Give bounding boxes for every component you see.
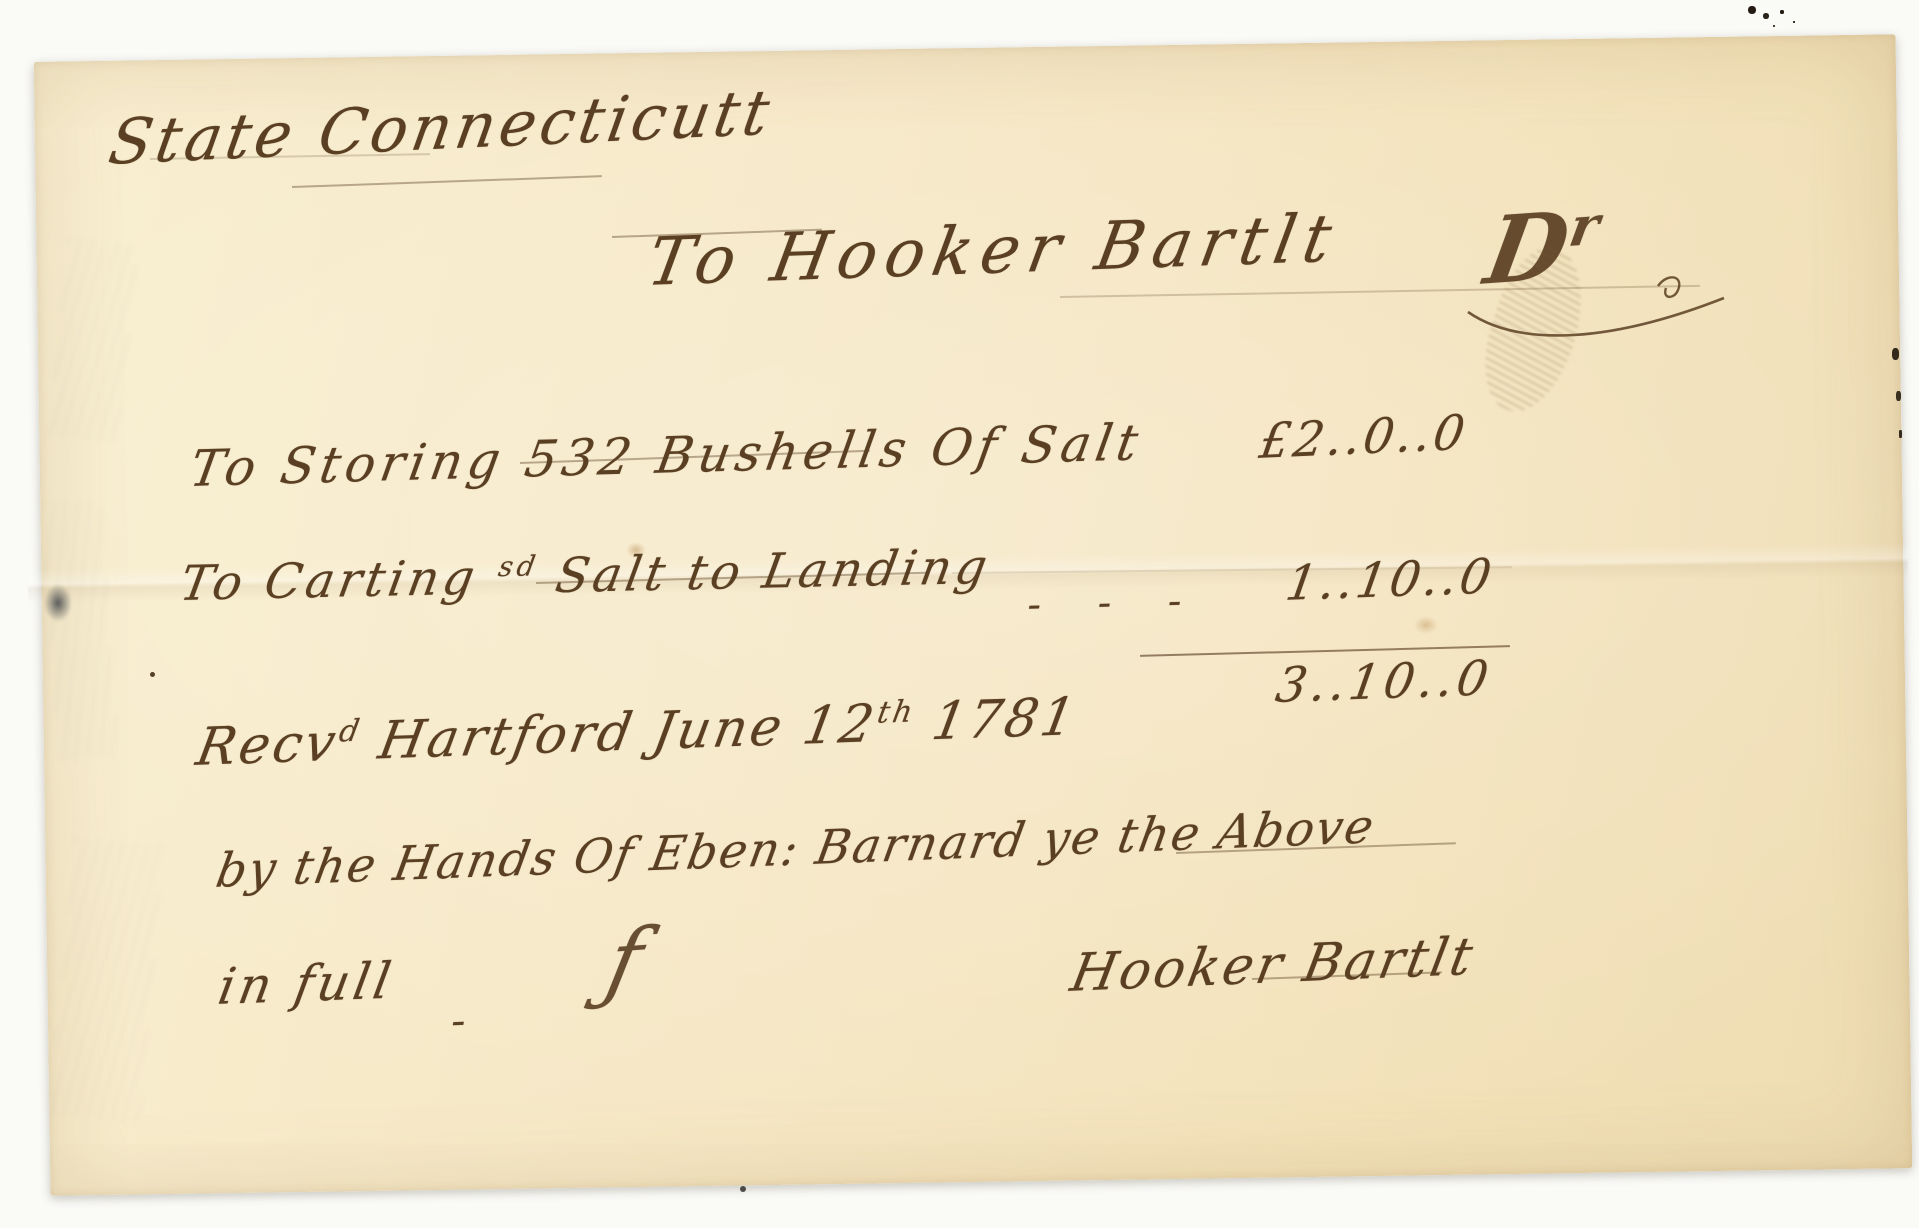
ink-dot — [740, 1186, 746, 1192]
charge-text: To Carting — [176, 549, 502, 612]
ink-speck-cluster — [1748, 6, 1756, 14]
charge-amount: £2..0..0 — [1256, 405, 1471, 470]
fill-dashes: - - - — [1027, 578, 1182, 628]
edge-ink-specks — [1892, 348, 1899, 360]
document-scan: State Connecticutt To Hooker Bartlt Dr T… — [0, 0, 1919, 1228]
charge-text: Salt to Landing — [532, 539, 995, 605]
charge-superscript: sd — [496, 549, 542, 583]
infull-dash: - — [450, 996, 466, 1045]
paper-sheet — [34, 34, 1913, 1195]
receipt-infull-line: in full — [214, 952, 399, 1016]
edge-smudge — [44, 584, 72, 622]
foxing-stain — [1414, 616, 1438, 634]
charge-amount: 1..10..0 — [1282, 548, 1498, 612]
total-amount: 3..10..0 — [1272, 650, 1496, 714]
ink-dot — [150, 672, 155, 677]
receipt-text: 1781 — [908, 687, 1082, 753]
receipt-text: Recv — [192, 713, 343, 778]
